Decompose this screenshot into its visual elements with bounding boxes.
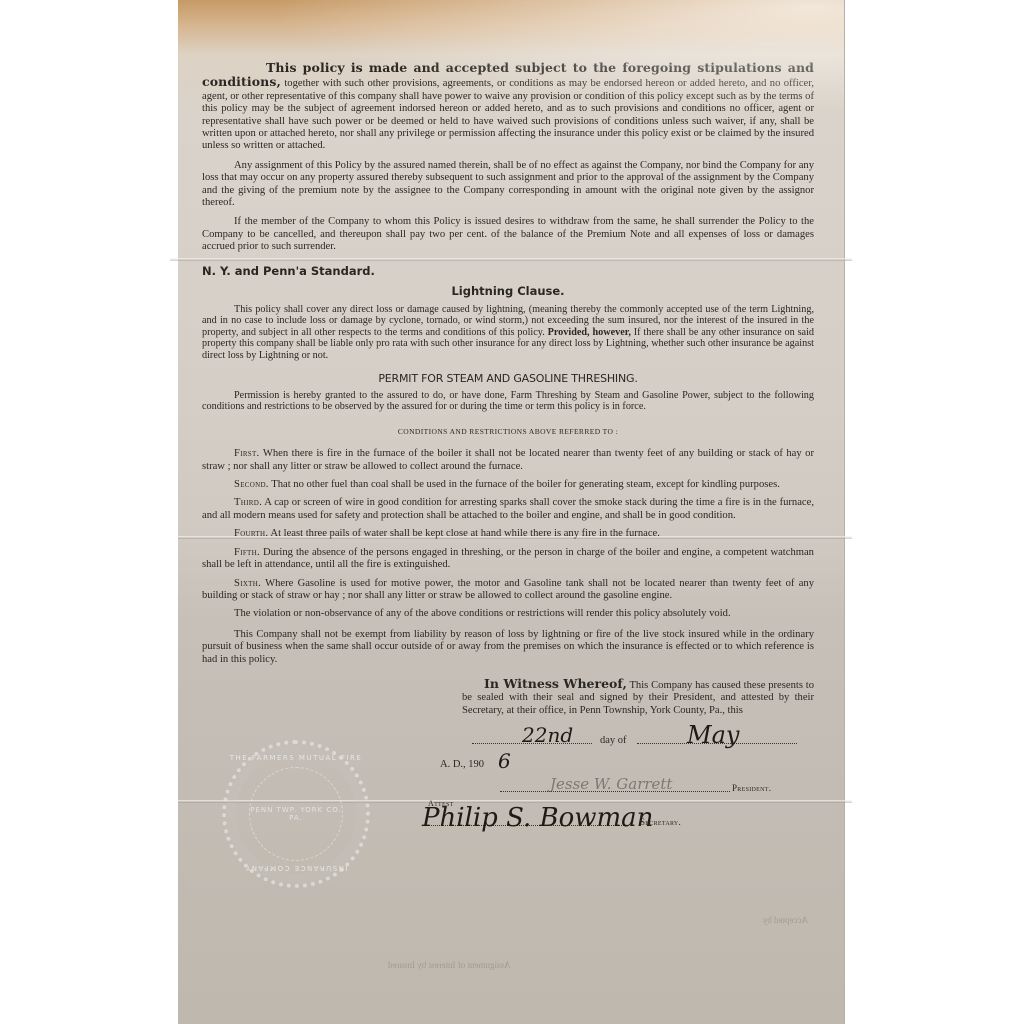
condition-ordinal: Fourth. xyxy=(234,528,268,539)
assignment-clause: Any assignment of this Policy by the ass… xyxy=(202,160,814,210)
condition-text: A cap or screen of wire in good conditio… xyxy=(202,497,814,520)
condition-ordinal: Second. xyxy=(234,479,269,490)
condition-text: When there is fire in the furnace of the… xyxy=(202,448,814,471)
policy-page: This policy is made and accepted subject… xyxy=(178,0,844,1024)
condition-ordinal: First. xyxy=(234,448,260,459)
seal-center: PENN TWP. YORK CO. PA. xyxy=(249,767,343,861)
conditions-heading: CONDITIONS AND RESTRICTIONS ABOVE REFERR… xyxy=(202,427,814,436)
seal-ring-bottom: INSURANCE COMPANY xyxy=(226,864,366,872)
lightning-heading: Lightning Clause. xyxy=(202,284,814,298)
secretary-line: Attest Philip S. Bowman Secretary. xyxy=(440,803,814,837)
condition-item: Sixth. Where Gasoline is used for motive… xyxy=(202,578,814,603)
day-of-label: day of xyxy=(600,735,627,746)
president-label: President. xyxy=(732,783,771,793)
permit-heading: PERMIT FOR STEAM AND GASOLINE THRESHING. xyxy=(202,372,814,385)
condition-item: First. When there is fire in the furnace… xyxy=(202,448,814,473)
embossed-seal: THE FARMERS MUTUAL FIRE PENN TWP. YORK C… xyxy=(222,740,370,888)
year-handwritten: 6 xyxy=(498,749,511,773)
withdrawal-clause: If the member of the Company to whom thi… xyxy=(202,216,814,253)
condition-item: Fourth. At least three pails of water sh… xyxy=(202,528,814,540)
witness-heading: In Witness Whereof, xyxy=(484,676,627,691)
opening-clause: This policy is made and accepted subject… xyxy=(202,62,814,153)
violation-clause: The violation or non-observance of any o… xyxy=(202,608,814,620)
president-line: Jesse W. Garrett President. xyxy=(440,779,814,803)
lightning-clause: This policy shall cover any direct loss … xyxy=(202,304,814,362)
show-through-text: Accepted by xyxy=(208,915,808,925)
provided-however: Provided, however, xyxy=(548,327,631,338)
condition-ordinal: Third. xyxy=(234,497,262,508)
standard-heading: N. Y. and Penn'a Standard. xyxy=(202,264,814,278)
president-signature: Jesse W. Garrett xyxy=(550,775,672,793)
conditions-list: First. When there is fire in the furnace… xyxy=(202,448,814,602)
witness-block: In Witness Whereof, This Company has cau… xyxy=(462,678,814,837)
condition-ordinal: Sixth. xyxy=(234,578,261,589)
condition-item: Fifth. During the absence of the persons… xyxy=(202,547,814,572)
year-prefix: A. D., 190 xyxy=(440,759,484,770)
show-through-text: Assignment of Interest by Insured xyxy=(388,960,510,970)
day-handwritten: 22nd xyxy=(522,723,573,747)
livestock-clause: This Company shall not be exempt from li… xyxy=(202,629,814,666)
opening-body: together with such other provisions, agr… xyxy=(202,78,814,151)
permit-body: Permission is hereby granted to the assu… xyxy=(202,390,814,414)
seal-ring-top: THE FARMERS MUTUAL FIRE xyxy=(226,754,366,762)
condition-text: Where Gasoline is used for motive power,… xyxy=(202,578,814,601)
condition-item: Second. That no other fuel than coal sha… xyxy=(202,479,814,491)
secretary-label: Secretary. xyxy=(640,817,681,827)
policy-text: This policy is made and accepted subject… xyxy=(202,62,814,837)
secretary-signature: Philip S. Bowman xyxy=(422,803,653,833)
condition-item: Third. A cap or screen of wire in good c… xyxy=(202,497,814,522)
condition-text: At least three pails of water shall be k… xyxy=(270,528,659,539)
condition-text: That no other fuel than coal shall be us… xyxy=(271,479,780,490)
date-line: 22nd day of May xyxy=(462,731,814,755)
condition-ordinal: Fifth. xyxy=(234,547,260,558)
condition-text: During the absence of the persons engage… xyxy=(202,547,814,570)
month-handwritten: May xyxy=(687,721,739,749)
